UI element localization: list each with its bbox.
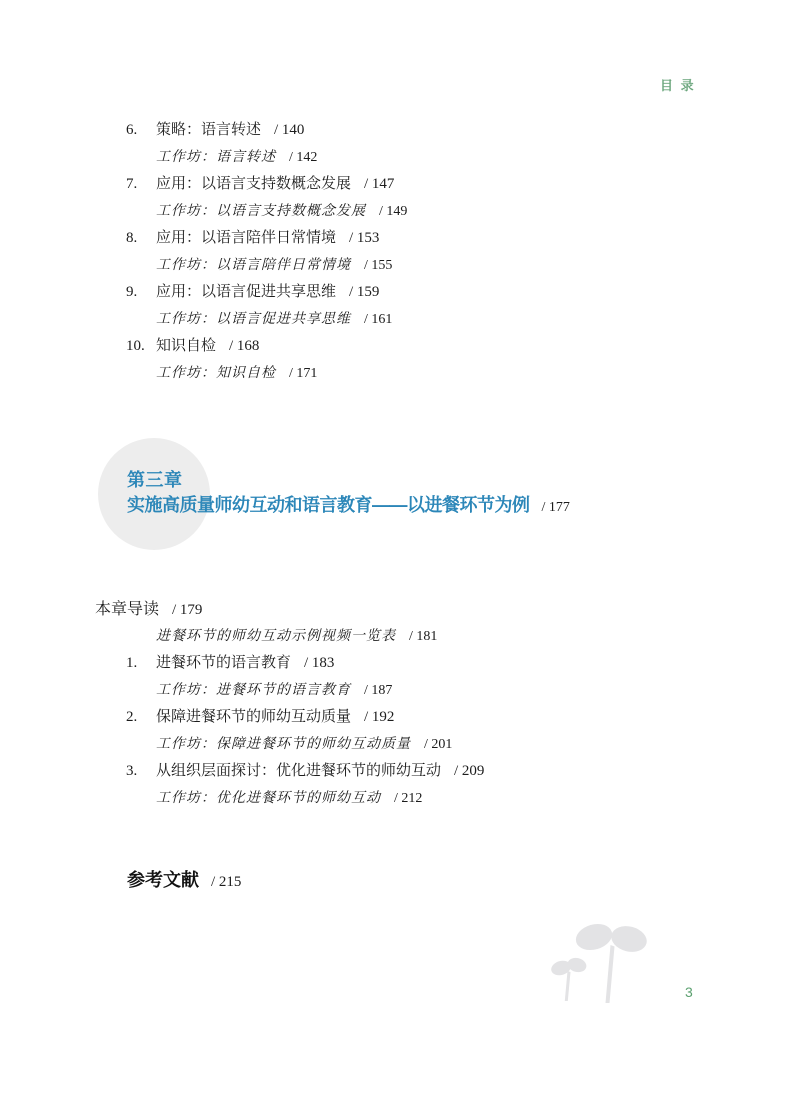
toc-workshop-title: 工作坊：以语言支持数概念发展 xyxy=(156,204,366,219)
toc-workshop-entry: 工作坊：语言转述/ 142 xyxy=(0,144,790,171)
toc-entry: 3.从组织层面探讨：优化进餐环节的师幼互动/ 209 xyxy=(0,758,790,785)
toc-workshop-entry: 工作坊：优化进餐环节的师幼互动/ 212 xyxy=(0,785,790,812)
toc-workshop-page: / 161 xyxy=(364,312,392,327)
toc-entry-number: 10. xyxy=(126,333,156,360)
toc-workshop-entry: 工作坊：以语言支持数概念发展/ 149 xyxy=(0,198,790,225)
toc-intro-page: / 179 xyxy=(172,602,202,618)
toc-entry-title: 知识自检 xyxy=(156,338,216,354)
toc-entry-number: 9. xyxy=(126,279,156,306)
toc-entry-number: 8. xyxy=(126,225,156,252)
toc-entry-page: / 140 xyxy=(274,122,304,138)
chapter-number-label: 第三章 xyxy=(127,466,183,492)
toc-entry-title: 保障进餐环节的师幼互动质量 xyxy=(156,709,351,725)
toc-intro-title: 本章导读 xyxy=(95,601,159,618)
toc-workshop-title: 工作坊：语言转述 xyxy=(156,150,276,165)
references-heading: 参考文献 xyxy=(127,870,199,890)
toc-entry-page: / 168 xyxy=(229,338,259,354)
running-header-contents-label: 目 录 xyxy=(660,75,696,94)
toc-workshop-entry: 工作坊：知识自检/ 171 xyxy=(0,360,790,387)
toc-list-section-1: 6.策略：语言转述/ 140 工作坊：语言转述/ 142 7.应用：以语言支持数… xyxy=(0,117,790,387)
toc-entry-title: 应用：以语言促进共享思维 xyxy=(156,284,336,300)
toc-videolist-entry: 进餐环节的师幼互动示例视频一览表/ 181 xyxy=(0,623,790,650)
toc-page: { "page": { "header_label": "目 录", "page… xyxy=(0,0,790,1107)
toc-entry-page: / 192 xyxy=(364,709,394,725)
toc-entry-page: / 159 xyxy=(349,284,379,300)
toc-entry-title: 进餐环节的语言教育 xyxy=(156,655,291,671)
toc-workshop-title: 工作坊：以语言陪伴日常情境 xyxy=(156,258,351,273)
toc-workshop-title: 工作坊：保障进餐环节的师幼互动质量 xyxy=(156,737,411,752)
toc-videolist-title: 进餐环节的师幼互动示例视频一览表 xyxy=(156,629,396,644)
toc-workshop-entry: 工作坊：保障进餐环节的师幼互动质量/ 201 xyxy=(0,731,790,758)
toc-workshop-page: / 149 xyxy=(379,204,407,219)
toc-workshop-entry: 工作坊：以语言陪伴日常情境/ 155 xyxy=(0,252,790,279)
references-heading-row: 参考文献/ 215 xyxy=(127,866,241,892)
toc-entry: 7.应用：以语言支持数概念发展/ 147 xyxy=(0,171,790,198)
toc-workshop-title: 工作坊：知识自检 xyxy=(156,366,276,381)
toc-workshop-entry: 工作坊：进餐环节的语言教育/ 187 xyxy=(0,677,790,704)
toc-workshop-entry: 工作坊：以语言促进共享思维/ 161 xyxy=(0,306,790,333)
toc-entry: 9.应用：以语言促进共享思维/ 159 xyxy=(0,279,790,306)
seedling-icon xyxy=(540,915,660,1010)
toc-entry-number: 7. xyxy=(126,171,156,198)
toc-workshop-page: / 142 xyxy=(289,150,317,165)
toc-entry-number: 3. xyxy=(126,758,156,785)
toc-workshop-page: / 201 xyxy=(424,737,452,752)
references-page: / 215 xyxy=(211,874,241,890)
toc-entry: 1.进餐环节的语言教育/ 183 xyxy=(0,650,790,677)
toc-entry-page: / 209 xyxy=(454,763,484,779)
toc-entry-number: 6. xyxy=(126,117,156,144)
toc-workshop-page: / 187 xyxy=(364,683,392,698)
chapter-page: / 177 xyxy=(542,500,570,515)
toc-intro-entry: 本章导读/ 179 xyxy=(0,596,790,623)
toc-entry-title: 从组织层面探讨：优化进餐环节的师幼互动 xyxy=(156,763,441,779)
toc-workshop-title: 工作坊：以语言促进共享思维 xyxy=(156,312,351,327)
toc-entry-number: 1. xyxy=(126,650,156,677)
sprout-decoration xyxy=(540,915,660,1010)
chapter-title: 实施高质量师幼互动和语言教育——以进餐环节为例 xyxy=(127,495,530,515)
toc-workshop-title: 工作坊：优化进餐环节的师幼互动 xyxy=(156,791,381,806)
toc-entry-page: / 153 xyxy=(349,230,379,246)
toc-entry: 6.策略：语言转述/ 140 xyxy=(0,117,790,144)
toc-videolist-page: / 181 xyxy=(409,629,437,644)
toc-workshop-page: / 171 xyxy=(289,366,317,381)
toc-entry-title: 应用：以语言陪伴日常情境 xyxy=(156,230,336,246)
toc-entry-title: 应用：以语言支持数概念发展 xyxy=(156,176,351,192)
toc-entry: 8.应用：以语言陪伴日常情境/ 153 xyxy=(0,225,790,252)
toc-entry-number: 2. xyxy=(126,704,156,731)
toc-entry: 10.知识自检/ 168 xyxy=(0,333,790,360)
toc-workshop-title: 工作坊：进餐环节的语言教育 xyxy=(156,683,351,698)
toc-entry-title: 策略：语言转述 xyxy=(156,122,261,138)
chapter-title-row: 实施高质量师幼互动和语言教育——以进餐环节为例/ 177 xyxy=(127,491,570,517)
toc-entry-page: / 183 xyxy=(304,655,334,671)
toc-list-section-2: 本章导读/ 179 进餐环节的师幼互动示例视频一览表/ 181 1.进餐环节的语… xyxy=(0,596,790,812)
toc-entry: 2.保障进餐环节的师幼互动质量/ 192 xyxy=(0,704,790,731)
toc-workshop-page: / 212 xyxy=(394,791,422,806)
toc-entry-page: / 147 xyxy=(364,176,394,192)
page-number: 3 xyxy=(685,984,693,1000)
toc-workshop-page: / 155 xyxy=(364,258,392,273)
